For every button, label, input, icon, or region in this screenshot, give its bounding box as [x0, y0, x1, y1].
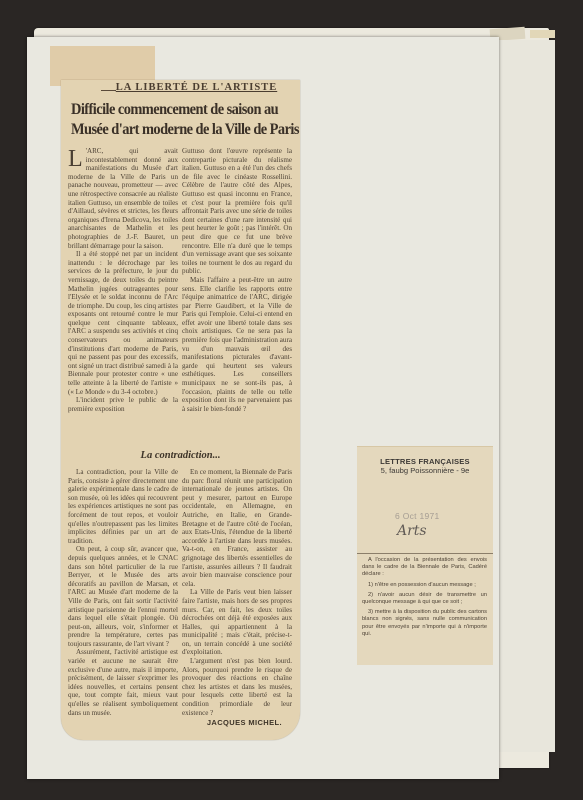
article-column-1: L'ARC, qui avait incontestablement donné…: [68, 147, 178, 413]
paragraph: 2) n'avoir aucun désir de transmettre un…: [362, 592, 487, 606]
headline-line-2: Musée d'art moderne de la Ville de Paris: [71, 120, 278, 140]
paragraph: En ce moment, la Biennale de Paris du pa…: [182, 468, 292, 588]
headline-line-1: Difficile commencement de saison au: [71, 100, 278, 120]
main-newspaper-clipping: LA LIBERTÉ DE L'ARTISTE Difficile commen…: [61, 80, 300, 740]
section-subhead: La contradiction...: [61, 450, 300, 461]
paragraph: La contradiction, pour la Ville de Paris…: [68, 468, 178, 545]
paragraph: Il a été stoppé net par un incident inat…: [68, 250, 178, 396]
cadere-statement: A l'occasion de la présentation des envo…: [362, 557, 487, 641]
paragraph: L'incident prive le public de la premièr…: [68, 396, 178, 413]
paragraph: On peut, à coup sûr, avancer que, depuis…: [68, 545, 178, 648]
stamp-address: 5, faubg Poissonnière - 9e: [357, 466, 493, 475]
stamp-publication-name: LETTRES FRANÇAISES: [357, 457, 493, 466]
paragraph: La Ville de Paris veut bien laisser fair…: [182, 588, 292, 657]
article-column-2: Guttuso dont l'œuvre représente la contr…: [182, 147, 292, 413]
paragraph: Assurément, l'activité artistique est va…: [68, 648, 178, 717]
paragraph: L'argument n'est pas bien lourd. Alors, …: [182, 657, 292, 717]
paragraph: Guttuso dont l'œuvre représente la contr…: [182, 147, 292, 276]
rubric-title: LA LIBERTÉ DE L'ARTISTE: [113, 82, 280, 93]
article-column-4: En ce moment, la Biennale de Paris du pa…: [182, 468, 292, 717]
paragraph: 1) n'être en possession d'aucun message …: [362, 582, 487, 589]
handwritten-note: Arts: [397, 523, 427, 539]
byline: JACQUES MICHEL.: [207, 718, 282, 727]
side-clipping: LETTRES FRANÇAISES 5, faubg Poissonnière…: [357, 446, 493, 665]
article-column-3: La contradiction, pour la Ville de Paris…: [68, 468, 178, 717]
torn-paper-fragment: [530, 30, 555, 38]
stamp-date: 6 Oct 1971: [395, 511, 440, 521]
publication-stamp: LETTRES FRANÇAISES 5, faubg Poissonnière…: [357, 457, 493, 475]
paragraph: 3) mettre à la disposition du public des…: [362, 609, 487, 638]
paragraph: Mais l'affaire a peut-être un autre sens…: [182, 276, 292, 414]
divider: [357, 553, 493, 554]
paragraph: 'ARC, qui avait incontestablement donné …: [68, 147, 178, 250]
headline: Difficile commencement de saison au Musé…: [71, 100, 278, 140]
drop-cap: L: [68, 149, 83, 169]
paragraph: A l'occasion de la présentation des envo…: [362, 557, 487, 579]
